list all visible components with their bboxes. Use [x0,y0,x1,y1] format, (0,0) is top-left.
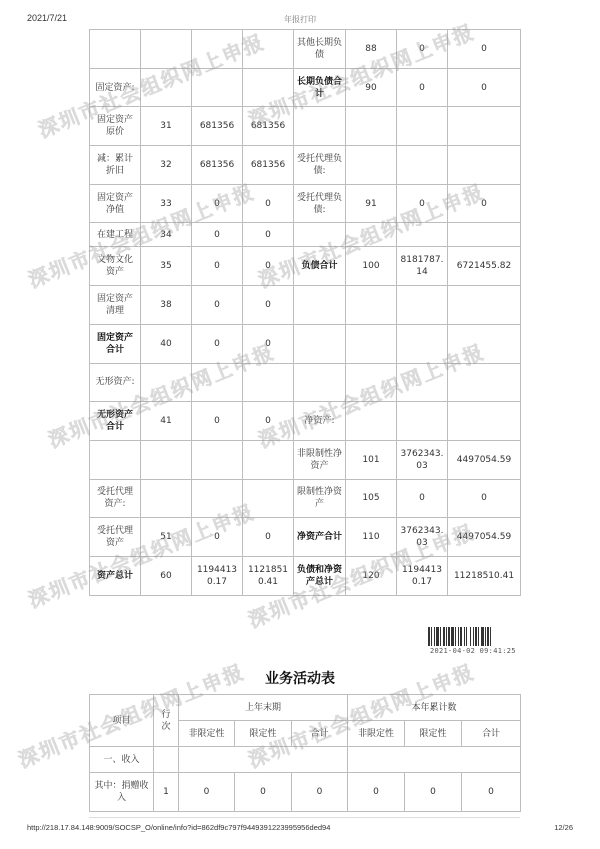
liability-begin-value [448,402,521,441]
liability-item: 其他长期负债 [294,30,346,69]
liability-line: 91 [346,184,397,223]
liability-begin-value [448,107,521,146]
liability-item: 受托代理负债: [294,184,346,223]
asset-line: 33 [141,184,192,223]
liability-item [294,107,346,146]
liability-begin-value: 11218510.41 [448,556,521,595]
liability-item: 长期负债合计 [294,68,346,107]
asset-end-value: 0 [192,247,243,286]
liability-item: 受托代理负债: [294,146,346,185]
header-line: 行次 [154,695,179,747]
liability-begin-value: 0 [448,184,521,223]
asset-end-value: 681356 [192,107,243,146]
liability-line: 110 [346,518,397,557]
liability-item: 限制性净资产 [294,479,346,518]
table-row: 其他长期负债8800 [90,30,521,69]
liability-end-value: 0 [397,30,448,69]
table-row: 文物文化资产3500负债合计1008181787.146721455.82 [90,247,521,286]
row-line: 1 [154,773,179,812]
liability-item: 负债和净资产总计 [294,556,346,595]
header-prior-period: 上年末期 [179,695,348,721]
asset-item: 固定资产合计 [90,324,141,363]
asset-begin-value: 0 [243,402,294,441]
table-row: 受托代理资产5100净资产合计1103762343.034497054.59 [90,518,521,557]
liability-end-value [397,324,448,363]
asset-line: 32 [141,146,192,185]
asset-begin-value [243,479,294,518]
header-unrestricted: 非限定性 [348,721,405,747]
table-row: 其中：捐赠收入 1 0 0 0 0 0 0 [90,773,521,812]
liability-line: 100 [346,247,397,286]
asset-line: 35 [141,247,192,286]
asset-end-value [192,68,243,107]
barcode-timestamp: 2021-04-02 09:41:25 [430,647,516,655]
liability-line [346,324,397,363]
row-item: 一、收入 [90,747,154,773]
asset-line: 51 [141,518,192,557]
liability-line [346,363,397,402]
table-row: 在建工程3400 [90,223,521,247]
value-cell: 0 [462,773,521,812]
asset-end-value: 0 [192,518,243,557]
liability-end-value: 3762343.03 [397,440,448,479]
asset-line [141,68,192,107]
liability-end-value: 0 [397,68,448,107]
liability-line [346,223,397,247]
table-row: 无形资产: [90,363,521,402]
liability-begin-value: 0 [448,30,521,69]
asset-end-value [192,479,243,518]
asset-item: 固定资产: [90,68,141,107]
asset-item: 固定资产原价 [90,107,141,146]
liability-item: 非限制性净资产 [294,440,346,479]
liability-end-value: 0 [397,479,448,518]
asset-begin-value: 0 [243,223,294,247]
activity-table: 项目 行次 上年末期 本年累计数 非限定性 限定性 合计 非限定性 限定性 合计… [89,694,521,812]
balance-sheet-table: 其他长期负债8800固定资产:长期负债合计9000固定资产原价316813566… [89,29,521,596]
header-current-period: 本年累计数 [348,695,521,721]
liability-begin-value: 0 [448,68,521,107]
footer-url: http://218.17.84.148:9009/SOCSP_O/online… [27,823,330,832]
table-row: 非限制性净资产1013762343.034497054.59 [90,440,521,479]
asset-line [141,479,192,518]
liability-end-value: 3762343.03 [397,518,448,557]
header-restricted: 限定性 [405,721,462,747]
asset-begin-value: 681356 [243,107,294,146]
asset-end-value: 11944130.17 [192,556,243,595]
liability-end-value: 11944130.17 [397,556,448,595]
asset-begin-value [243,363,294,402]
liability-line: 101 [346,440,397,479]
liability-item: 净资产合计 [294,518,346,557]
liability-begin-value [448,146,521,185]
liability-item: 负债合计 [294,247,346,286]
liability-begin-value: 4497054.59 [448,440,521,479]
asset-begin-value: 11218510.41 [243,556,294,595]
liability-item: 净资产: [294,402,346,441]
value-cell: 0 [405,773,462,812]
value-cell: 0 [292,773,348,812]
table-row: 资产总计6011944130.1711218510.41负债和净资产总计1201… [90,556,521,595]
liability-begin-value [448,286,521,325]
asset-item: 受托代理资产 [90,518,141,557]
asset-line: 34 [141,223,192,247]
asset-begin-value [243,30,294,69]
row-line [154,747,179,773]
asset-item: 固定资产净值 [90,184,141,223]
asset-item: 文物文化资产 [90,247,141,286]
asset-end-value: 0 [192,286,243,325]
liability-end-value: 8181787.14 [397,247,448,286]
asset-end-value: 0 [192,324,243,363]
asset-end-value [192,30,243,69]
asset-item: 固定资产清理 [90,286,141,325]
liability-line [346,402,397,441]
table-row: 一、收入 [90,747,521,773]
header-restricted: 限定性 [235,721,292,747]
liability-begin-value: 4497054.59 [448,518,521,557]
asset-end-value: 0 [192,223,243,247]
table-row: 固定资产清理3800 [90,286,521,325]
liability-line: 88 [346,30,397,69]
asset-begin-value: 0 [243,518,294,557]
asset-item: 受托代理资产: [90,479,141,518]
asset-item [90,30,141,69]
table-row: 减：累计折旧32681356681356受托代理负债: [90,146,521,185]
asset-line [141,440,192,479]
asset-line [141,363,192,402]
table-row: 固定资产净值3300受托代理负债:9100 [90,184,521,223]
asset-item: 减：累计折旧 [90,146,141,185]
asset-begin-value [243,68,294,107]
asset-end-value: 681356 [192,146,243,185]
asset-item: 在建工程 [90,223,141,247]
value-cell: 0 [235,773,292,812]
table-row: 固定资产原价31681356681356 [90,107,521,146]
asset-begin-value [243,440,294,479]
asset-line: 41 [141,402,192,441]
liability-line [346,286,397,325]
table-row: 固定资产:长期负债合计9000 [90,68,521,107]
liability-item [294,286,346,325]
header-total: 合计 [292,721,348,747]
liability-begin-value [448,324,521,363]
liability-end-value [397,363,448,402]
asset-begin-value: 0 [243,324,294,363]
liability-begin-value [448,363,521,402]
asset-end-value [192,440,243,479]
liability-end-value: 0 [397,184,448,223]
liability-item [294,363,346,402]
asset-item: 无形资产: [90,363,141,402]
row-item: 其中：捐赠收入 [90,773,154,812]
divider [89,817,520,818]
liability-item [294,223,346,247]
table-row: 固定资产合计4000 [90,324,521,363]
asset-begin-value: 681356 [243,146,294,185]
liability-end-value [397,146,448,185]
asset-end-value: 0 [192,402,243,441]
table-row: 无形资产合计4100净资产: [90,402,521,441]
value-cell: 0 [348,773,405,812]
liability-end-value [397,402,448,441]
liability-end-value [397,107,448,146]
liability-line [346,107,397,146]
empty-cell [348,747,521,773]
asset-begin-value: 0 [243,247,294,286]
asset-begin-value: 0 [243,286,294,325]
asset-line: 38 [141,286,192,325]
liability-end-value [397,286,448,325]
liability-item [294,324,346,363]
liability-line: 90 [346,68,397,107]
liability-line: 105 [346,479,397,518]
barcode [428,627,518,646]
asset-line: 60 [141,556,192,595]
asset-line: 31 [141,107,192,146]
print-title: 年报打印 [0,14,600,25]
asset-item: 无形资产合计 [90,402,141,441]
empty-cell [179,747,348,773]
liability-begin-value [448,223,521,247]
liability-line [346,146,397,185]
asset-line [141,30,192,69]
asset-end-value [192,363,243,402]
asset-item: 资产总计 [90,556,141,595]
liability-begin-value: 6721455.82 [448,247,521,286]
table-row: 受托代理资产:限制性净资产10500 [90,479,521,518]
page-number: 12/26 [554,823,573,832]
header-total: 合计 [462,721,521,747]
liability-begin-value: 0 [448,479,521,518]
liability-line: 120 [346,556,397,595]
header-unrestricted: 非限定性 [179,721,235,747]
value-cell: 0 [179,773,235,812]
asset-item [90,440,141,479]
activity-table-title: 业务活动表 [0,668,600,688]
asset-begin-value: 0 [243,184,294,223]
liability-end-value [397,223,448,247]
header-item: 项目 [90,695,154,747]
asset-end-value: 0 [192,184,243,223]
asset-line: 40 [141,324,192,363]
